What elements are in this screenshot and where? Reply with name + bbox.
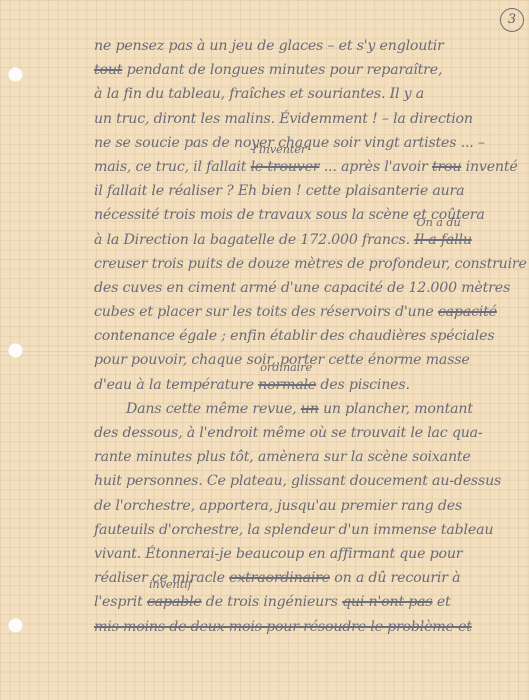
- line-text: mais, ce truc, il fallait: [94, 159, 251, 175]
- struck-word: normale: [258, 377, 316, 393]
- manuscript-line: à la fin du tableau, fraîches et sourian…: [94, 82, 524, 106]
- inserted-word: inventif: [149, 578, 192, 590]
- struck-text: trou: [432, 159, 461, 175]
- manuscript-line: mais, ce truc, il fallait l'inventerle t…: [94, 155, 524, 179]
- revision-insertion: l'inventerle trouver: [251, 155, 320, 179]
- line-text: vivant. Étonnerai-je beaucoup en affirma…: [94, 546, 462, 562]
- manuscript-line: huit personnes. Ce plateau, glissant dou…: [94, 469, 524, 493]
- struck-text: un: [301, 401, 319, 417]
- line-text: de l'orchestre, apportera, jusqu'au prem…: [94, 498, 462, 514]
- struck-word: Il a fallu: [414, 232, 472, 248]
- binder-hole-top: [8, 67, 23, 82]
- line-text: ... après l'avoir: [319, 159, 432, 175]
- struck-word: le trouver: [251, 159, 320, 175]
- line-text: l'esprit: [94, 594, 147, 610]
- manuscript-line: creuser trois puits de douze mètres de p…: [94, 252, 524, 276]
- manuscript-line: des cuves en ciment armé d'une capacité …: [94, 276, 524, 300]
- line-text: rante minutes plus tôt, amènera sur la s…: [94, 449, 471, 465]
- line-text: pendant de longues minutes pour reparaît…: [122, 62, 442, 78]
- struck-text: capacité: [438, 304, 497, 320]
- revision-insertion: ordinairenormale: [258, 373, 316, 397]
- struck-text: tout: [94, 62, 122, 78]
- line-text: des piscines.: [316, 377, 410, 393]
- line-text: de trois ingénieurs: [202, 594, 343, 610]
- inserted-word: On a dû: [416, 216, 460, 228]
- manuscript-line: fauteuils d'orchestre, la splendeur d'un…: [94, 518, 524, 542]
- line-text: des cuves en ciment armé d'une capacité …: [94, 280, 510, 296]
- manuscript-line: l'esprit inventifcapable de trois ingéni…: [94, 590, 524, 614]
- line-text: creuser trois puits de douze mètres de p…: [94, 256, 527, 272]
- manuscript-line: ne se soucie pas de noyer chaque soir vi…: [94, 131, 524, 155]
- manuscript-line: tout pendant de longues minutes pour rep…: [94, 58, 524, 82]
- manuscript-line: à la Direction la bagatelle de 172.000 f…: [94, 228, 524, 252]
- struck-text: extraordinaire: [229, 570, 330, 586]
- line-text: d'eau à la température: [94, 377, 258, 393]
- manuscript-line: ne pensez pas à un jeu de glaces – et s'…: [94, 34, 524, 58]
- manuscript-line: rante minutes plus tôt, amènera sur la s…: [94, 445, 524, 469]
- binder-hole-bottom: [8, 618, 23, 633]
- page-number-circle: 3: [500, 8, 524, 32]
- struck-text: mis moins de deux mois pour résoudre le …: [94, 619, 472, 635]
- line-text: il fallait le réaliser ? Eh bien ! cette…: [94, 183, 464, 199]
- manuscript-line: mis moins de deux mois pour résoudre le …: [94, 615, 524, 639]
- line-text: contenance égale ; enfin établir des cha…: [94, 328, 494, 344]
- line-text: à la Direction la bagatelle de 172.000 f…: [94, 232, 414, 248]
- line-text: inventé: [461, 159, 517, 175]
- handwritten-text-body: ne pensez pas à un jeu de glaces – et s'…: [94, 34, 524, 639]
- manuscript-line: de l'orchestre, apportera, jusqu'au prem…: [94, 494, 524, 518]
- inserted-word: l'inventer: [253, 143, 307, 155]
- manuscript-line: Dans cette même revue, un un plancher, m…: [94, 397, 524, 421]
- manuscript-line: vivant. Étonnerai-je beaucoup en affirma…: [94, 542, 524, 566]
- line-text: ne pensez pas à un jeu de glaces – et s'…: [94, 38, 444, 54]
- manuscript-line: des dessous, à l'endroit même où se trou…: [94, 421, 524, 445]
- revision-insertion: inventifcapable: [147, 590, 202, 614]
- manuscript-line: d'eau à la température ordinairenormale …: [94, 373, 524, 397]
- line-text: à la fin du tableau, fraîches et sourian…: [94, 86, 424, 102]
- line-text: fauteuils d'orchestre, la splendeur d'un…: [94, 522, 493, 538]
- binder-hole-middle: [8, 343, 23, 358]
- manuscript-line: cubes et placer sur les toits des réserv…: [94, 300, 524, 324]
- struck-word: capable: [147, 594, 202, 610]
- line-text: et: [433, 594, 451, 610]
- manuscript-page: 3 ne pensez pas à un jeu de glaces – et …: [0, 0, 529, 700]
- line-text: des dessous, à l'endroit même où se trou…: [94, 425, 483, 441]
- manuscript-line: contenance égale ; enfin établir des cha…: [94, 324, 524, 348]
- line-text: un truc, diront les malins. Évidemment !…: [94, 111, 473, 127]
- struck-text: qui n'ont pas: [342, 594, 432, 610]
- manuscript-line: un truc, diront les malins. Évidemment !…: [94, 107, 524, 131]
- line-text: huit personnes. Ce plateau, glissant dou…: [94, 473, 501, 489]
- line-text: on a dû recourir à: [330, 570, 460, 586]
- line-text: Dans cette même revue,: [126, 401, 301, 417]
- line-text: cubes et placer sur les toits des réserv…: [94, 304, 438, 320]
- inserted-word: ordinaire: [260, 361, 312, 373]
- manuscript-line: il fallait le réaliser ? Eh bien ! cette…: [94, 179, 524, 203]
- revision-insertion: On a dûIl a fallu: [414, 228, 472, 252]
- line-text: un plancher, montant: [319, 401, 473, 417]
